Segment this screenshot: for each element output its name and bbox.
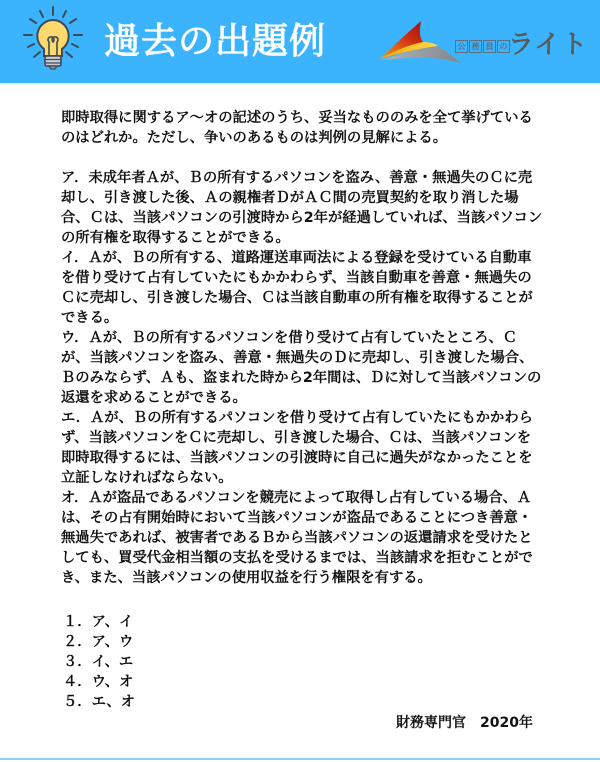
answer-choices: １．ア、イ ２．ア、ウ ３．イ、エ ４．ウ、オ ５．エ、オ	[63, 612, 135, 712]
footer-divider	[0, 758, 600, 760]
statement-i: イ．Ａが、Ｂの所有する、道路運送車両法による登録を受けている自動車を借り受けて占…	[61, 248, 543, 328]
choice-1: １．ア、イ	[63, 612, 135, 632]
logo-name: ライト	[508, 29, 588, 61]
statement-a: ア．未成年者Ａが、Ｂの所有するパソコンを盗み、善意・無過失のＣに売却し、引き渡し…	[61, 168, 543, 248]
brand-logo: 公 務 員 の ライト	[378, 16, 588, 68]
exam-source: 財務専門官 2020年	[396, 713, 533, 733]
header-divider	[0, 83, 600, 85]
question-body: 即時取得に関するア～オの記述のうち、妥当なもののみを全て挙げているのはどれか。た…	[61, 108, 543, 588]
choice-4: ４．ウ、オ	[63, 672, 135, 692]
statement-u: ウ．Ａが、Ｂの所有するパソコンを借り受けて占有していたところ、Ｃが、当該パソコン…	[61, 328, 543, 408]
choice-5: ５．エ、オ	[63, 692, 135, 712]
statement-e: エ．Ａが、Ｂの所有するパソコンを借り受けて占有していたにもかかわらず、当該パソコ…	[61, 408, 543, 488]
logo-tag-char: 公	[455, 40, 468, 53]
choice-2: ２．ア、ウ	[63, 632, 135, 652]
logo-tag-char: 員	[483, 40, 496, 53]
statement-o: オ．Ａが盗品であるパソコンを競売によって取得し占有している場合、Ａは、その占有開…	[61, 488, 543, 588]
choice-3: ３．イ、エ	[63, 652, 135, 672]
header-banner: 過去の出題例 公	[0, 0, 600, 83]
question-stem: 即時取得に関するア～オの記述のうち、妥当なもののみを全て挙げているのはどれか。た…	[61, 108, 543, 148]
spacer	[61, 148, 543, 168]
logo-tagline: 公 務 員 の	[455, 40, 510, 53]
lightbulb-icon	[18, 5, 88, 75]
logo-tag-char: 務	[469, 40, 482, 53]
page-title: 過去の出題例	[104, 18, 326, 66]
